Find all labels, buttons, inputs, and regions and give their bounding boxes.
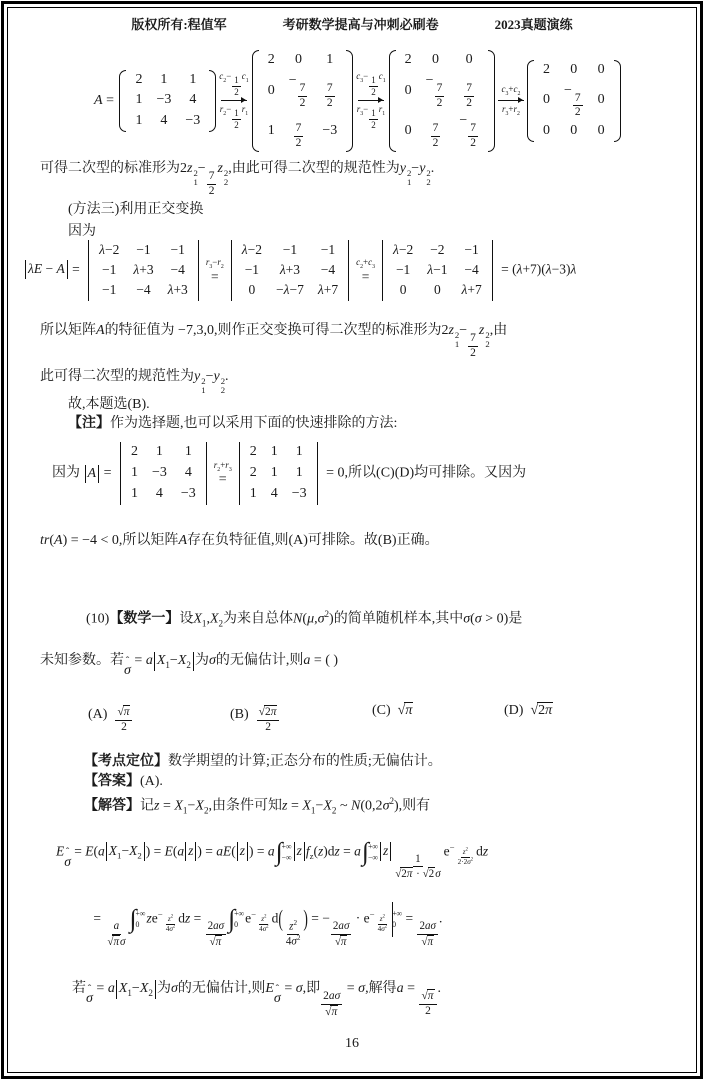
option-b-label: (B): [230, 706, 249, 725]
option-c: (C) √π: [372, 702, 413, 721]
option-c-label: (C): [372, 702, 391, 721]
para-standard-form: 可得二次型的标准形为2z21−72z22,由此可得二次型的规范性为y21−y22…: [40, 160, 434, 198]
header-copyright: 版权所有:程值军: [131, 14, 226, 33]
det-a-elimination: 因为 A = 2111−3414−3r2+r3=21121114−3 = 0,所…: [52, 442, 526, 505]
option-d-label: (D): [504, 702, 523, 721]
document-page: 版权所有:程值军 考研数学提高与冲刺必刷卷 2023真题演练 A = 2111−…: [0, 0, 704, 1080]
note-paragraph: 【注】作为选择题,也可以采用下面的快速排除的方法:: [68, 415, 397, 434]
option-b: (B) √2π2: [230, 696, 280, 734]
canonical-form-paragraph: 此可得二次型的规范性为y21−y22.: [40, 368, 229, 396]
matrix-row-reduction: A = 2111−3414−3c2−12c1r2−12r12010−727217…: [94, 50, 623, 152]
answer-line: 【答案】(A).: [84, 773, 163, 792]
unbiased-conclusion: 若ˆσ = aX1−X2为σ的无偏估计,则Eˆσ = σ,即2aσ√π = σ,…: [72, 980, 441, 1019]
exam-point-line: 【考点定位】数学期望的计算;正态分布的性质;无偏估计。: [84, 753, 442, 772]
option-c-formula: √π: [398, 702, 414, 721]
page-header: 版权所有:程值军 考研数学提高与冲刺必刷卷 2023真题演练: [0, 14, 704, 33]
eigenvalues-paragraph: 所以矩阵A的特征值为 −7,3,0,则作正交变换可得二次型的标准形为2z21−7…: [40, 322, 507, 360]
trace-remark: tr(A) = −4 < 0,所以矩阵A存在负特征值,则(A)可排除。故(B)正…: [40, 532, 439, 551]
solution-intro: 【解答】记z = X1−X2,由条件可知z = X1−X2 ~ N(0,2σ2)…: [84, 797, 430, 817]
page-number: 16: [0, 1036, 704, 1052]
expectation-derivation-1: Eˆσ = E(aX1−X2) = E(az) = aE(z) = a∫+∞−∞…: [56, 840, 488, 881]
expectation-derivation-2: = a√πσ∫+∞0ze−z24σ2dz = 2aσ√π∫+∞0e−z24σ2d…: [90, 902, 442, 949]
option-d: (D) √2π: [504, 702, 553, 721]
option-a: (A) √π2: [88, 696, 133, 734]
option-d-formula: √2π: [530, 702, 553, 721]
header-title: 考研数学提高与冲刺必刷卷: [283, 14, 439, 33]
header-edition: 2023真题演练: [495, 14, 573, 33]
option-a-formula: √π2: [114, 696, 133, 734]
option-a-label: (A): [88, 706, 107, 725]
question-10-line1: (10)【数学一】设X1,X2为来自总体N(μ,σ2)的简单随机样本,其中σ(σ…: [86, 610, 522, 630]
characteristic-det-expansion: λE − A = λ−2−1−1−1λ+3−4−1−4λ+3r3−r2=λ−2−…: [24, 240, 576, 301]
option-b-formula: √2π2: [256, 696, 281, 734]
question-10-line2: 未知参数。若ˆσ = aX1−X2为σ的无偏估计,则a = ( ): [40, 652, 338, 678]
method-three-heading: (方法三)利用正交变换: [68, 201, 203, 220]
conclusion-choose-b: 故,本题选(B).: [68, 396, 150, 415]
